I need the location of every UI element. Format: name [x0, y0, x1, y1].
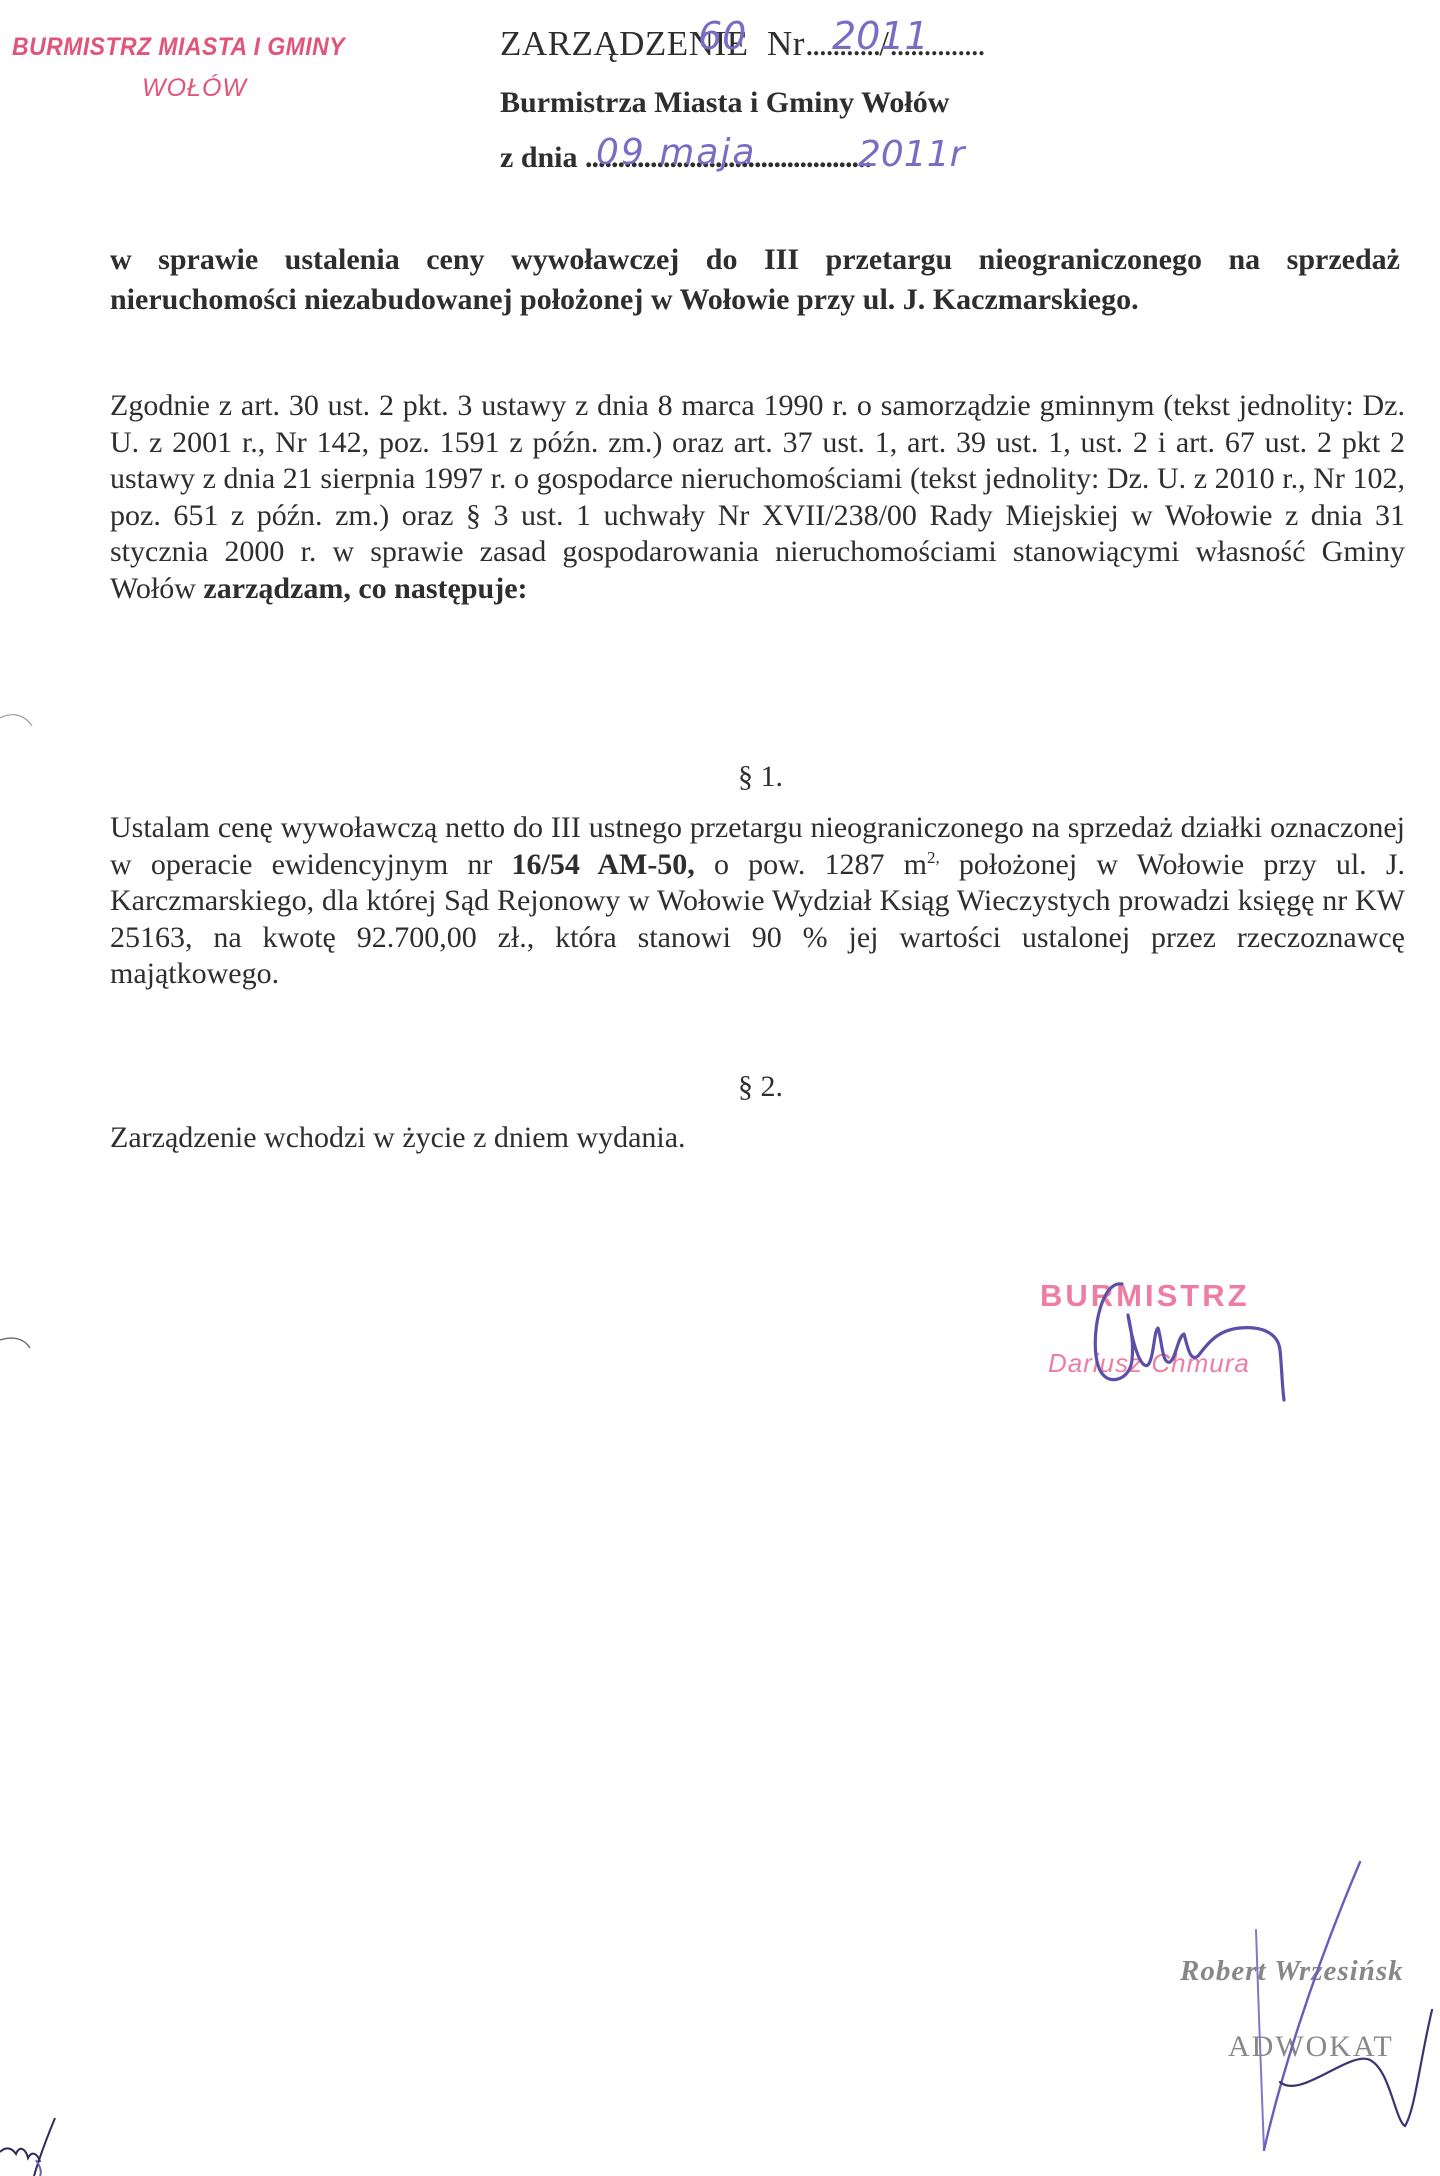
handwritten-date: 09 maja: [596, 132, 756, 173]
stamp-office-line1: BURMISTRZ MIASTA I GMINY: [12, 33, 345, 62]
stamp-office-line2: WOŁÓW: [142, 74, 247, 103]
lawyer-signature-icon: [1240, 1860, 1440, 2176]
area-superscript: 2,: [927, 848, 940, 867]
section-1-heading: § 1.: [738, 760, 783, 794]
handwritten-number: 60: [698, 14, 746, 58]
margin-punch-mark-icon: [0, 1330, 40, 1360]
section-1-area: o pow. 1287 m: [695, 848, 927, 881]
title-prefix: ZARZĄDZENIE Nr: [500, 24, 805, 63]
subject-line-1: w sprawie ustalenia ceny wywoławczej do …: [110, 240, 1400, 280]
section-1-paragraph: Ustalam cenę wywoławczą netto do III ust…: [110, 810, 1405, 993]
date-prefix: z dnia: [500, 141, 585, 174]
subject: w sprawie ustalenia ceny wywoławczej do …: [110, 240, 1400, 320]
section-2-paragraph: Zarządzenie wchodzi w życie z dniem wyda…: [110, 1120, 1405, 1157]
legal-basis-ordering: zarządzam, co następuje:: [203, 572, 527, 605]
parcel-number: 16/54 AM-50,: [512, 848, 695, 881]
mayor-signature-icon: [1070, 1270, 1320, 1420]
margin-punch-mark-icon: [0, 710, 40, 740]
margin-signature-fragment-icon: [0, 2100, 70, 2176]
section-2-heading: § 2.: [738, 1070, 783, 1104]
handwritten-year: 2011: [832, 14, 929, 58]
subject-line-2: nieruchomości niezabudowanej położonej w…: [110, 280, 1400, 320]
issuer-line: Burmistrza Miasta i Gminy Wołów: [500, 86, 949, 120]
handwritten-date-year: 2011r: [858, 134, 964, 175]
legal-basis-paragraph: Zgodnie z art. 30 ust. 2 pkt. 3 ustawy z…: [110, 388, 1405, 607]
